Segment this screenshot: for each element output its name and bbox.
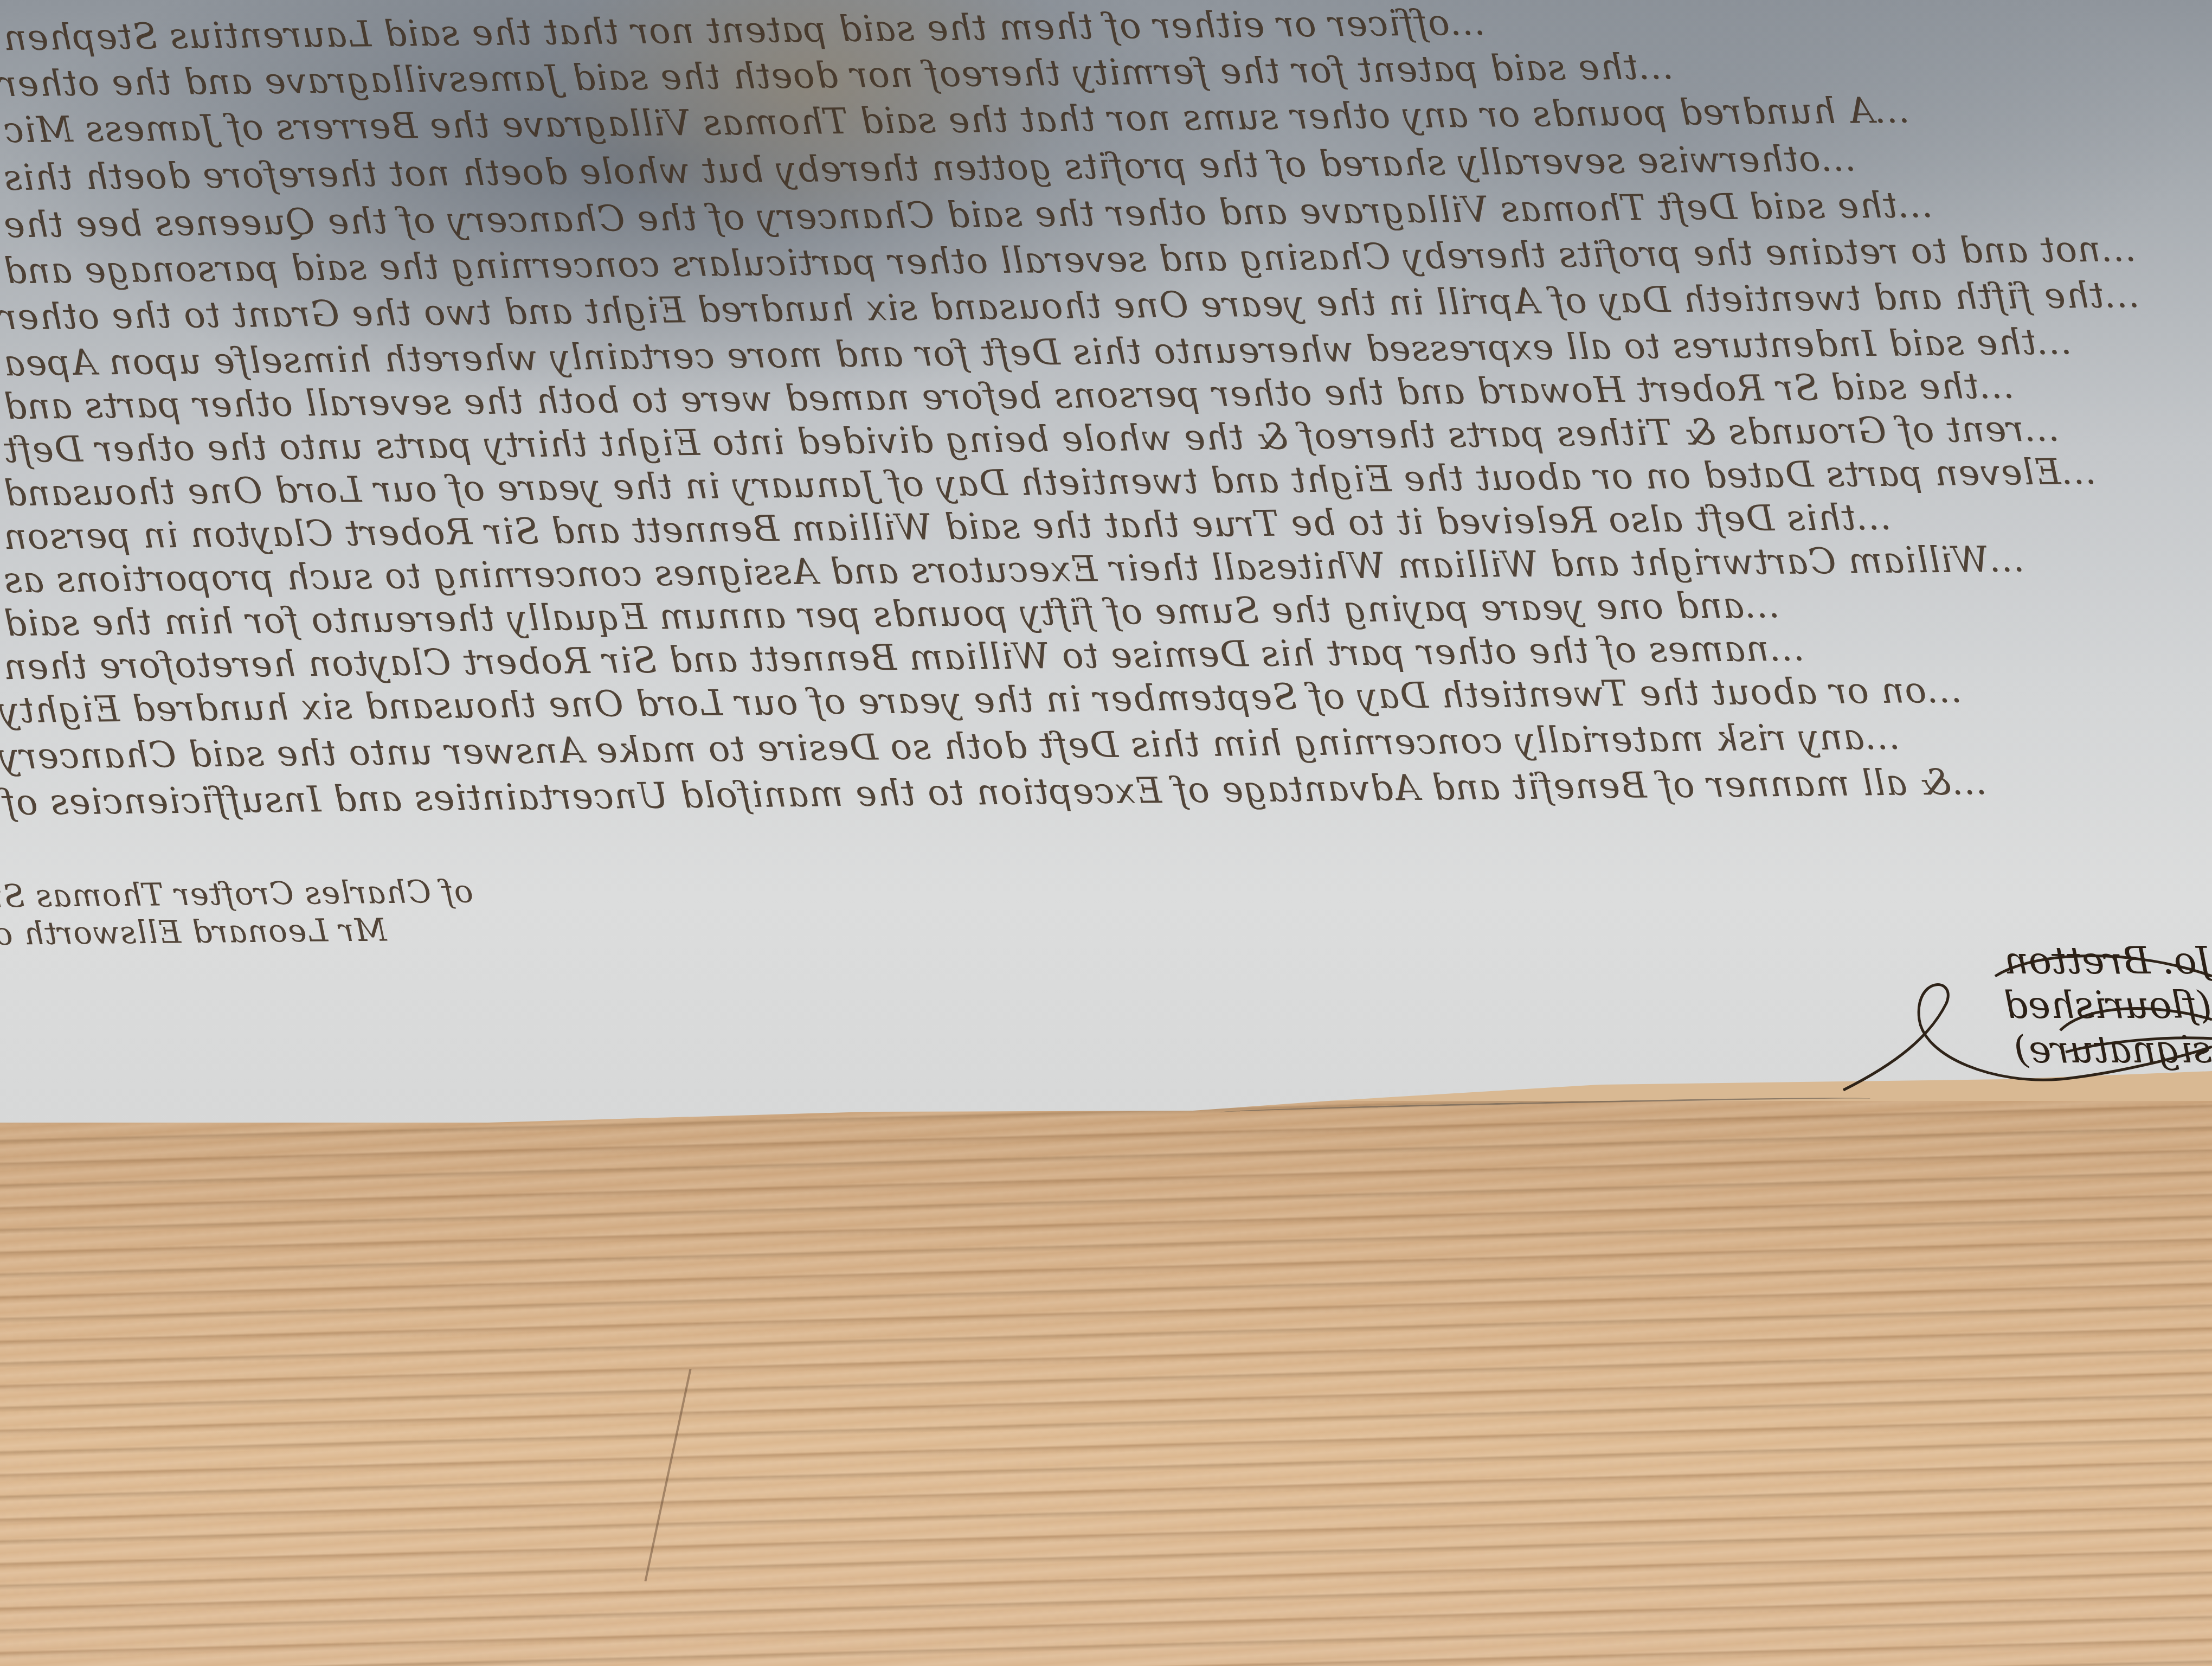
document-text-block: ...officer or either of them the said pa…	[0, 0, 2212, 1085]
photo-scene: ...officer or either of them the said pa…	[0, 0, 2212, 1666]
closing-line-defendant: Mr Leonard Ellsworth of Charles Villagra…	[0, 905, 1030, 965]
wooden-table-surface	[0, 1101, 2212, 1666]
signature: Jo. Bretton (flourished signature)	[1854, 938, 2212, 1072]
